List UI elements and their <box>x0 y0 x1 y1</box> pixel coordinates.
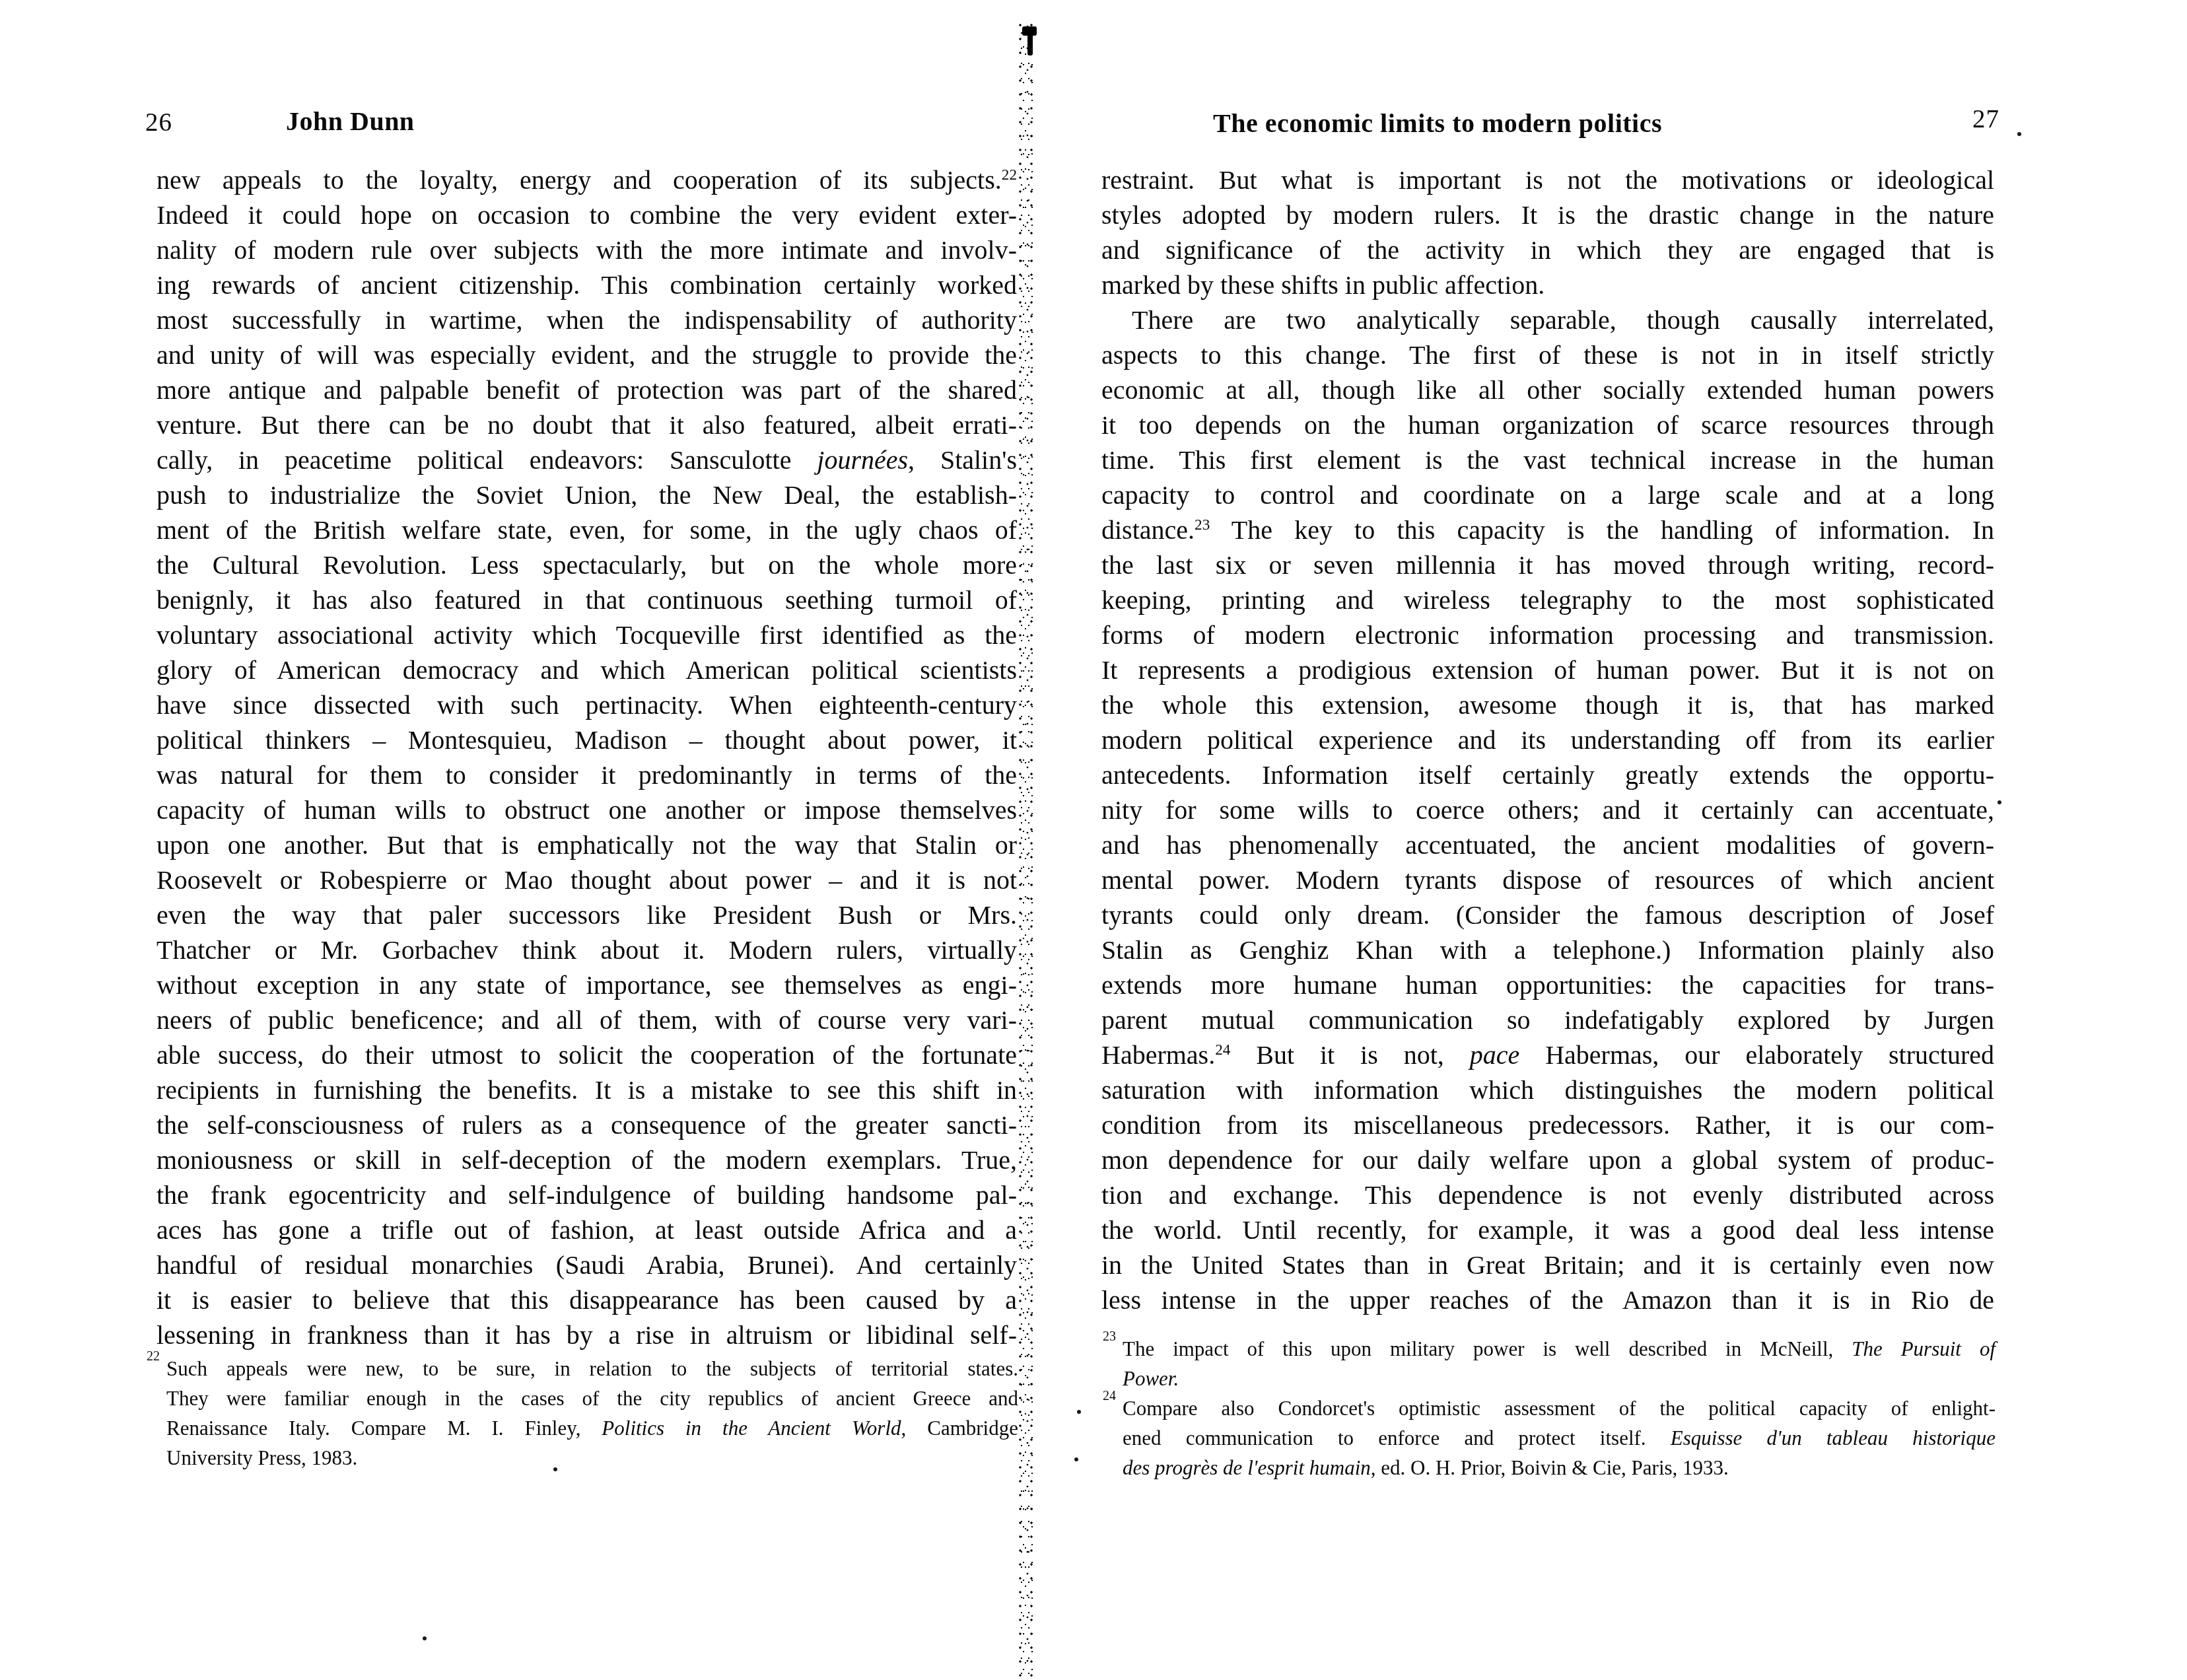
book-gutter-speckle <box>1018 22 1033 1677</box>
text-line: able success, do their utmost to solicit… <box>156 1037 1017 1072</box>
text-line: even the way that paler successors like … <box>156 897 1017 932</box>
footnote-line: Renaissance Italy. Compare M. I. Finley,… <box>166 1413 1018 1443</box>
text-line: the self-consciousness of rulers as a co… <box>156 1107 1017 1142</box>
text-line: and significance of the activity in whic… <box>1101 232 1994 267</box>
text-line: the frank egocentricity and self-indulge… <box>156 1177 1017 1212</box>
text-line: was natural for them to consider it pred… <box>156 757 1017 792</box>
page-number-right: 27 <box>1972 104 1999 134</box>
text-line: mon dependence for our daily welfare upo… <box>1101 1142 1994 1177</box>
footnote-line: Power. <box>1123 1364 1996 1393</box>
gutter-ink-blob <box>1027 33 1033 55</box>
footnote-line: ened communication to enforce and protec… <box>1123 1423 1996 1453</box>
text-line: the last six or seven millennia it has m… <box>1101 547 1994 582</box>
running-head-left: John Dunn <box>286 106 415 137</box>
text-line: moniousness or skill in self-deception o… <box>156 1142 1017 1177</box>
scan-speck <box>1077 1410 1081 1414</box>
text-line: Roosevelt or Robespierre or Mao thought … <box>156 862 1017 897</box>
text-line: styles adopted by modern rulers. It is t… <box>1101 197 1994 232</box>
text-line: political thinkers – Montesquieu, Madiso… <box>156 722 1017 757</box>
text-line: modern political experience and its unde… <box>1101 722 1994 757</box>
text-line: forms of modern electronic information p… <box>1101 617 1994 652</box>
scan-speck <box>1997 800 2001 804</box>
text-line: saturation with information which distin… <box>1101 1072 1994 1107</box>
scan-speck <box>2017 132 2021 136</box>
body-text-right: restraint. But what is important is not … <box>1101 162 1994 1317</box>
scan-speck <box>553 1467 557 1471</box>
text-line: handful of residual monarchies (Saudi Ar… <box>156 1247 1017 1282</box>
text-line: voluntary associational activity which T… <box>156 617 1017 652</box>
footnotes-right: 23The impact of this upon military power… <box>1123 1334 1996 1483</box>
text-line: Indeed it could hope on occasion to comb… <box>156 197 1017 232</box>
text-line: mental power. Modern tyrants dispose of … <box>1101 862 1994 897</box>
text-line: benignly, it has also featured in that c… <box>156 582 1017 617</box>
footnote-line: The impact of this upon military power i… <box>1123 1334 1996 1364</box>
footnote-line: Compare also Condorcet's optimistic asse… <box>1123 1393 1996 1423</box>
scan-speck <box>1074 1457 1078 1461</box>
text-line: cally, in peacetime political endeavors:… <box>156 442 1017 477</box>
text-line: and has phenomenally accentuated, the an… <box>1101 827 1994 862</box>
text-line: glory of American democracy and which Am… <box>156 652 1017 687</box>
text-line: the world. Until recently, for example, … <box>1101 1212 1994 1247</box>
footnote-line: They were familiar enough in the cases o… <box>166 1383 1018 1413</box>
text-line: the Cultural Revolution. Less spectacula… <box>156 547 1017 582</box>
page-number-left: 26 <box>145 108 172 137</box>
footnote: 22Such appeals were new, to be sure, in … <box>166 1354 1018 1473</box>
text-line: neers of public beneficence; and all of … <box>156 1002 1017 1037</box>
text-line: Stalin as Genghiz Khan with a telephone.… <box>1101 932 1994 967</box>
text-line: ment of the British welfare state, even,… <box>156 512 1017 547</box>
footnote-line: Such appeals were new, to be sure, in re… <box>166 1354 1018 1383</box>
text-line: aspects to this change. The first of the… <box>1101 337 1994 372</box>
text-line: less intense in the upper reaches of the… <box>1101 1282 1994 1317</box>
text-line: marked by these shifts in public affecti… <box>1101 267 1994 302</box>
text-line: upon one another. But that is emphatical… <box>156 827 1017 862</box>
text-line: ing rewards of ancient citizenship. This… <box>156 267 1017 302</box>
text-line: tion and exchange. This dependence is no… <box>1101 1177 1994 1212</box>
text-line: extends more humane human opportunities:… <box>1101 967 1994 1002</box>
text-line: nality of modern rule over subjects with… <box>156 232 1017 267</box>
text-line: it is easier to believe that this disapp… <box>156 1282 1017 1317</box>
body-text-left: new appeals to the loyalty, energy and c… <box>156 162 1017 1352</box>
text-line: have since dissected with such pertinaci… <box>156 687 1017 722</box>
text-line: restraint. But what is important is not … <box>1101 162 1994 197</box>
text-line: There are two analytically separable, th… <box>1101 302 1994 337</box>
text-line: it too depends on the human organization… <box>1101 407 1994 442</box>
footnote-line: University Press, 1983. <box>166 1443 1018 1473</box>
footnote: 23The impact of this upon military power… <box>1123 1334 1996 1393</box>
text-line: Habermas.24 But it is not, pace Habermas… <box>1101 1037 1994 1072</box>
text-line: push to industrialize the Soviet Union, … <box>156 477 1017 512</box>
text-line: capacity of human wills to obstruct one … <box>156 792 1017 827</box>
text-line: time. This first element is the vast tec… <box>1101 442 1994 477</box>
text-line: economic at all, though like all other s… <box>1101 372 1994 407</box>
text-line: and unity of will was especially evident… <box>156 337 1017 372</box>
text-line: venture. But there can be no doubt that … <box>156 407 1017 442</box>
text-line: It represents a prodigious extension of … <box>1101 652 1994 687</box>
text-line: parent mutual communication so indefatig… <box>1101 1002 1994 1037</box>
text-line: recipients in furnishing the benefits. I… <box>156 1072 1017 1107</box>
text-line: most successfully in wartime, when the i… <box>156 302 1017 337</box>
text-line: tyrants could only dream. (Consider the … <box>1101 897 1994 932</box>
text-line: antecedents. Information itself certainl… <box>1101 757 1994 792</box>
text-line: lessening in frankness than it has by a … <box>156 1317 1017 1352</box>
text-line: without exception in any state of import… <box>156 967 1017 1002</box>
footnotes-left: 22Such appeals were new, to be sure, in … <box>166 1354 1018 1473</box>
text-line: more antique and palpable benefit of pro… <box>156 372 1017 407</box>
text-line: nity for some wills to coerce others; an… <box>1101 792 1994 827</box>
text-line: aces has gone a trifle out of fashion, a… <box>156 1212 1017 1247</box>
footnote: 24Compare also Condorcet's optimistic as… <box>1123 1393 1996 1483</box>
text-line: in the United States than in Great Brita… <box>1101 1247 1994 1282</box>
text-line: distance.23 The key to this capacity is … <box>1101 512 1994 547</box>
scan-speck <box>423 1636 427 1640</box>
footnote-line: des progrès de l'esprit humain, ed. O. H… <box>1123 1453 1996 1483</box>
book-scan-spread: 26 John Dunn The economic limits to mode… <box>0 0 2187 1680</box>
text-line: keeping, printing and wireless telegraph… <box>1101 582 1994 617</box>
text-line: capacity to control and coordinate on a … <box>1101 477 1994 512</box>
text-line: new appeals to the loyalty, energy and c… <box>156 162 1017 197</box>
text-line: Thatcher or Mr. Gorbachev think about it… <box>156 932 1017 967</box>
text-line: condition from its miscellaneous predece… <box>1101 1107 1994 1142</box>
running-head-right: The economic limits to modern politics <box>1213 108 1662 139</box>
text-line: the whole this extension, awesome though… <box>1101 687 1994 722</box>
